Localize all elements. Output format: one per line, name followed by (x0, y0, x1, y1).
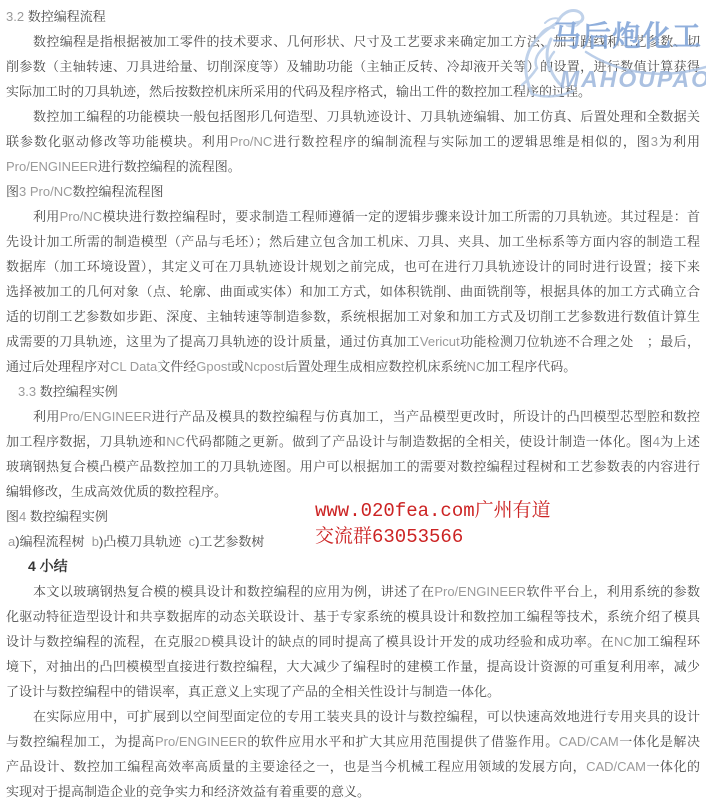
paragraph-line: 在实际应用中，可扩展到以空间型面定位的专用工装夹具的设计与数控编程，可以快速高效… (6, 704, 700, 729)
page: { "document": { "text_color": "#4a4a4a",… (0, 0, 706, 809)
brand-name-en: MAHOUPAO (560, 66, 706, 93)
paragraph-line: 化驱动特征造型设计和共享数据库的动态关联设计、基于专家系统的模具设计和数控加工编… (6, 604, 700, 629)
paragraph-line: 与数控编程加工，为提高Pro/ENGINEER的软件应用水平和扩大其应用范围提供… (6, 729, 700, 754)
figure-3-caption: 图3 Pro/NC数控编程流程图 (6, 179, 700, 204)
paragraph-line: 产品设计、数控加工编程高效率高质量的主要途径之一，也是当今机械工程应用领域的发展… (6, 754, 700, 779)
section-3-3-heading: 3.3 数控编程实例 (6, 379, 700, 404)
paragraph-line: 先设计加工所需的制造模型（产品与毛坯）；然后建立包含加工机床、刀具、夹具、加工坐… (6, 229, 700, 254)
red-watermark-line1: www.020fea.com广州有道 (315, 498, 551, 524)
paragraph-line: 境下，对抽出的凸凹模模型直接进行数控编程，大大减少了编程时的建模工作量，提高设计… (6, 654, 700, 679)
paragraph-line: 联参数化驱动修改等功能模块。利用Pro/NC进行数控程序的编制流程与实际加工的逻… (6, 129, 700, 154)
paragraph-line: 利用Pro/ENGINEER进行产品及模具的数控编程与仿真加工，当产品模型更改时… (6, 404, 700, 429)
document-body: 3.2 数控编程流程数控编程是指根据被加工零件的技术要求、几何形状、尺寸及工艺要… (0, 0, 706, 804)
paragraph-line: 选择被加工的几何对象（点、轮廓、曲面或实体）和加工方式，如体积铣削、曲面铣削等，… (6, 279, 700, 304)
paragraph-line: 了设计与数控编程中的错误率，真正意义上实现了产品的全相关性设计与制造一体化。 (6, 679, 700, 704)
brand-name-cn: 马后炮化工 (552, 14, 702, 55)
paragraph-line: 成需要的刀具轨迹，这里为了提高刀具轨迹的设计质量，通过仿真加工Vericut功能… (6, 329, 700, 354)
paragraph-line: 适的切削工艺参数如步距、深度、主轴转速等制造参数，系统根据加工对象和加工方式及切… (6, 304, 700, 329)
paragraph-line: 玻璃钢热复合模凸模产品数控加工的刀具轨迹图。用户可以根据加工的需要对数控编程过程… (6, 454, 700, 479)
paragraph-line: 加工程序数据，刀具轨迹和NC代码都随之更新。做到了产品设计与制造数据的全相关，使… (6, 429, 700, 454)
paragraph-line: 数据库（加工环境设置），其定义可在刀具轨迹设计规划之前完成，也可在进行刀具轨迹设… (6, 254, 700, 279)
red-watermark: www.020fea.com广州有道 交流群63053566 (315, 498, 551, 550)
paragraph-line: 实现对于提高制造企业的竞争实力和经济效益有着重要的意义。 (6, 779, 700, 804)
paragraph-line: 通过后处理程序对CL Data文件经Gpost或Ncpost后置处理生成相应数控… (6, 354, 700, 379)
brand-watermark: 马后炮化工 MAHOUPAO (488, 6, 706, 106)
paragraph-line: 利用Pro/NC模块进行数控编程时，要求制造工程师遵循一定的逻辑步骤来设计加工所… (6, 204, 700, 229)
section-4-heading: 4 小结 (6, 554, 700, 579)
paragraph-line: Pro/ENGINEER进行数控编程的流程图。 (6, 154, 700, 179)
paragraph-line: 本文以玻璃钢热复合模的模具设计和数控编程的应用为例，讲述了在Pro/ENGINE… (6, 579, 700, 604)
paragraph-line: 数控加工编程的功能模块一般包括图形几何造型、刀具轨迹设计、刀具轨迹编辑、加工仿真… (6, 104, 700, 129)
paragraph-line: 设计与数控编程的流程，在克服2D模具设计的缺点的同时提高了模具设计开发的成功经验… (6, 629, 700, 654)
red-watermark-line2: 交流群63053566 (315, 524, 551, 550)
